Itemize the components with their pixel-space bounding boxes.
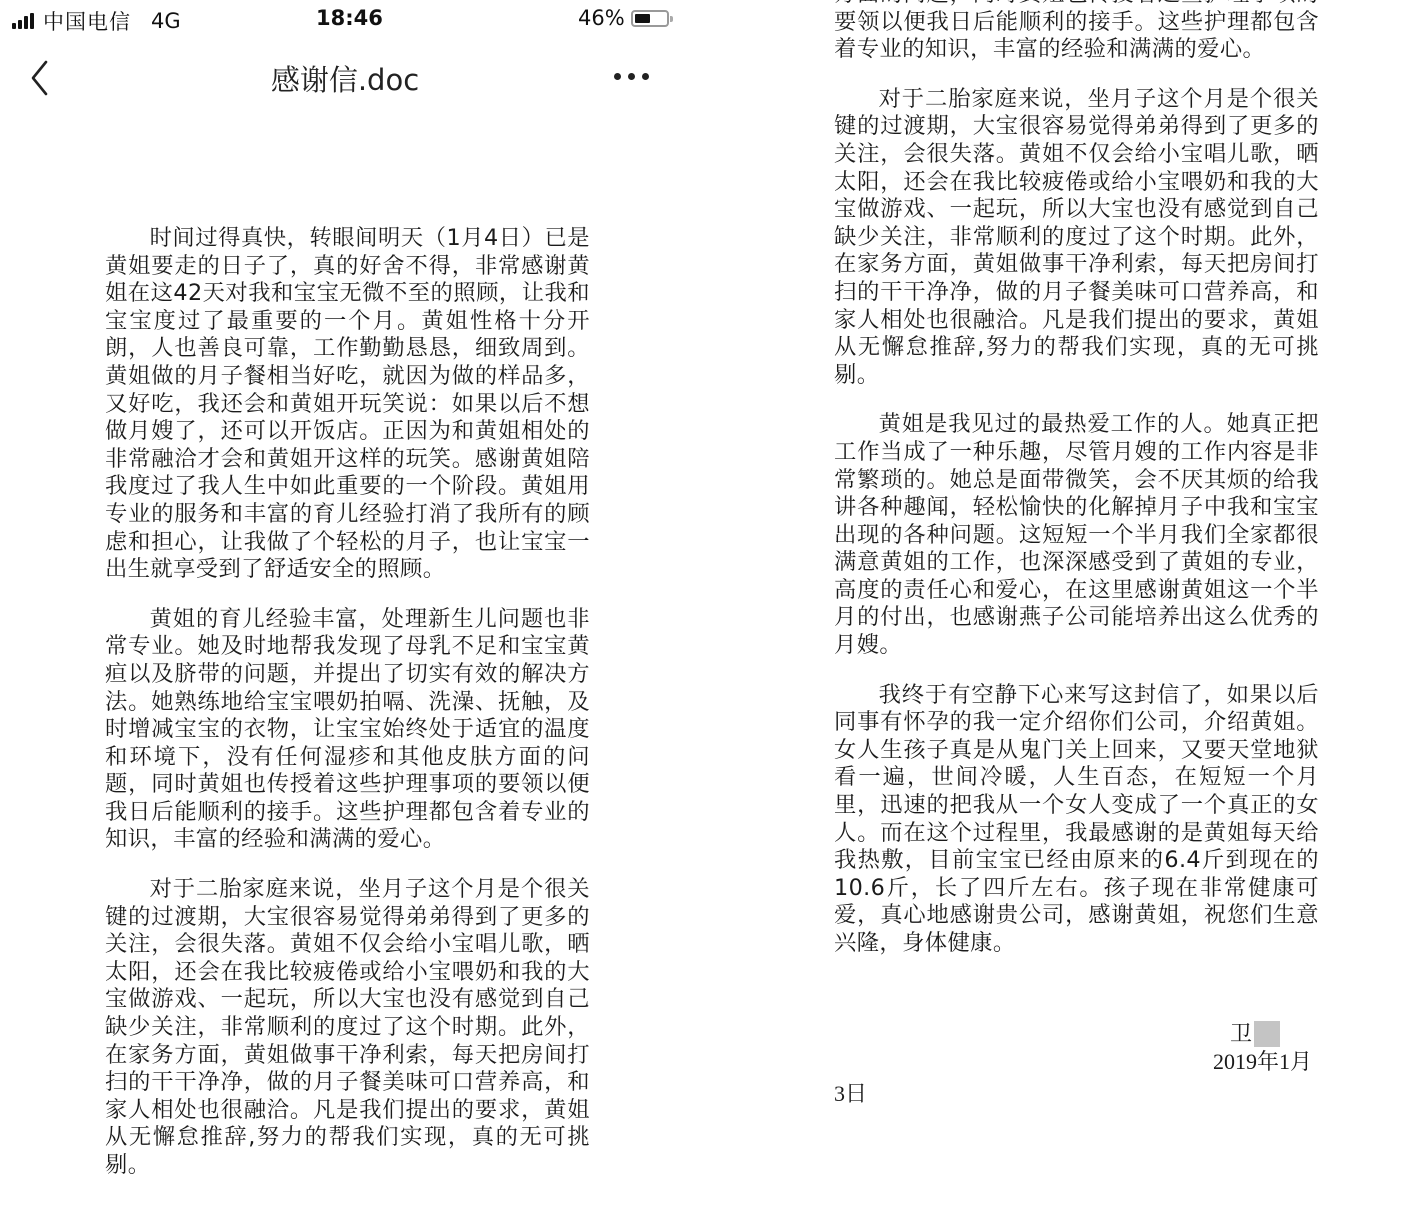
right-phone-screen-scrolled: 方面的问题，同时黄姐也传授着这些护理事项的要领以便我日后能顺利的接手。这些护理都… xyxy=(700,0,1417,1224)
more-options-button[interactable] xyxy=(614,64,662,88)
document-body-scrolled: 方面的问题，同时黄姐也传授着这些护理事项的要领以便我日后能顺利的接手。这些护理都… xyxy=(834,0,1319,980)
clock: 18:46 xyxy=(316,6,383,30)
signature-date-line1: 2019年1月 xyxy=(834,1048,1312,1076)
network-type: 4G xyxy=(151,9,181,33)
nav-bar: 感谢信.doc xyxy=(0,40,700,116)
battery-percent: 46% xyxy=(578,6,625,30)
paragraph-5: 我终于有空静下心来写这封信了，如果以后同事有怀孕的我一定介绍你们公司，介绍黄姐。… xyxy=(834,682,1319,958)
paragraph-3: 对于二胎家庭来说，坐月子这个月是个很关键的过渡期，大宝很容易觉得弟弟得到了更多的… xyxy=(105,876,590,1180)
paragraph-2: 黄姐的育儿经验丰富，处理新生儿问题也非常专业。她及时地帮我发现了母乳不足和宝宝黄… xyxy=(105,606,590,854)
paragraph-2-continued: 方面的问题，同时黄姐也传授着这些护理事项的要领以便我日后能顺利的接手。这些护理都… xyxy=(834,0,1319,64)
carrier-name: 中国电信 xyxy=(43,6,131,36)
status-right: 46% xyxy=(578,6,669,30)
battery-icon xyxy=(631,10,669,27)
paragraph-1: 时间过得真快，转眼间明天（1月4日）已是黄姐要走的日子了，真的好舍不得，非常感谢… xyxy=(105,225,590,584)
signature-name: 卫 xyxy=(834,1020,1312,1048)
signal-strength-icon xyxy=(12,13,34,29)
ellipsis-icon xyxy=(614,73,621,80)
left-phone-screen: 中国电信 4G 18:46 46% 感谢信.doc 时间过得真快，转眼间明天（1… xyxy=(0,0,700,1224)
signature-block: 卫 2019年1月 3日 xyxy=(834,1020,1312,1108)
document-title: 感谢信.doc xyxy=(0,58,690,99)
ellipsis-dot xyxy=(642,73,649,80)
status-bar: 中国电信 4G 18:46 46% xyxy=(0,0,700,38)
status-left: 中国电信 4G xyxy=(12,6,181,36)
paragraph-3: 对于二胎家庭来说，坐月子这个月是个很关键的过渡期，大宝很容易觉得弟弟得到了更多的… xyxy=(834,86,1319,390)
paragraph-4: 黄姐是我见过的最热爱工作的人。她真正把工作当成了一种乐趣，尽管月嫂的工作内容是非… xyxy=(834,411,1319,659)
redaction-box xyxy=(1254,1021,1280,1047)
signature-date-line2: 3日 xyxy=(834,1080,1312,1108)
document-body: 时间过得真快，转眼间明天（1月4日）已是黄姐要走的日子了，真的好舍不得，非常感谢… xyxy=(105,225,590,1202)
ellipsis-dot xyxy=(628,73,635,80)
signer-surname: 卫 xyxy=(1230,1020,1252,1048)
